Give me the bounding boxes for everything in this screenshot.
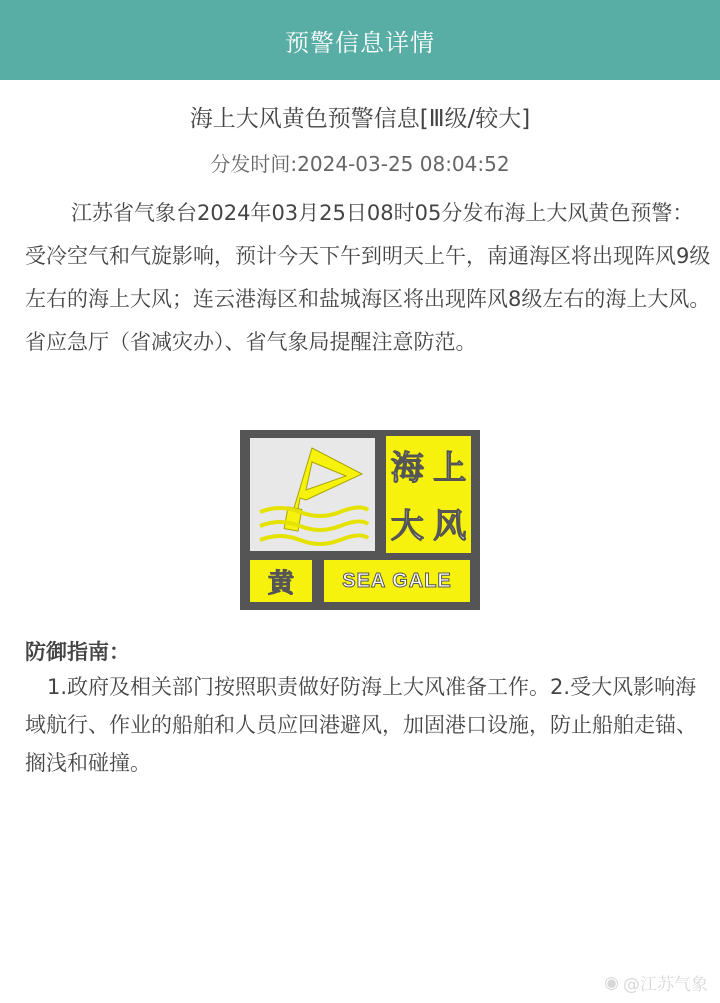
weibo-icon: ◉ <box>604 973 619 993</box>
warning-title: 海上大风黄色预警信息[Ⅲ级/较大] <box>0 100 720 133</box>
sea-gale-warning-icon: 海 上 大 风 黄 SEA GALE <box>240 430 480 610</box>
watermark-text: @江苏气象 <box>623 970 708 995</box>
icon-char: 上 <box>433 442 466 489</box>
sea-gale-chinese-label: 海 上 大 风 <box>386 436 471 553</box>
publish-time: 分发时间:2024-03-25 08:04:52 <box>0 148 720 177</box>
warning-content: 江苏省气象台2024年03月25日08时05分发布海上大风黄色预警：受冷空气和气… <box>25 192 711 364</box>
icon-char: 海 <box>391 442 424 489</box>
icon-char: 风 <box>433 500 466 547</box>
guide-text: 1.政府及相关部门按照职责做好防海上大风准备工作。2.受大风影响海域航行、作业的… <box>25 668 711 782</box>
flag-waves-icon <box>250 438 375 551</box>
page-header: 预警信息详情 <box>0 0 720 80</box>
level-label: 黄 <box>250 560 312 602</box>
sea-gale-english-label: SEA GALE <box>324 560 470 602</box>
icon-char: 大 <box>391 500 424 547</box>
header-title: 预警信息详情 <box>285 23 435 58</box>
guide-title: 防御指南： <box>25 636 130 666</box>
watermark: ◉ @江苏气象 <box>604 970 708 995</box>
